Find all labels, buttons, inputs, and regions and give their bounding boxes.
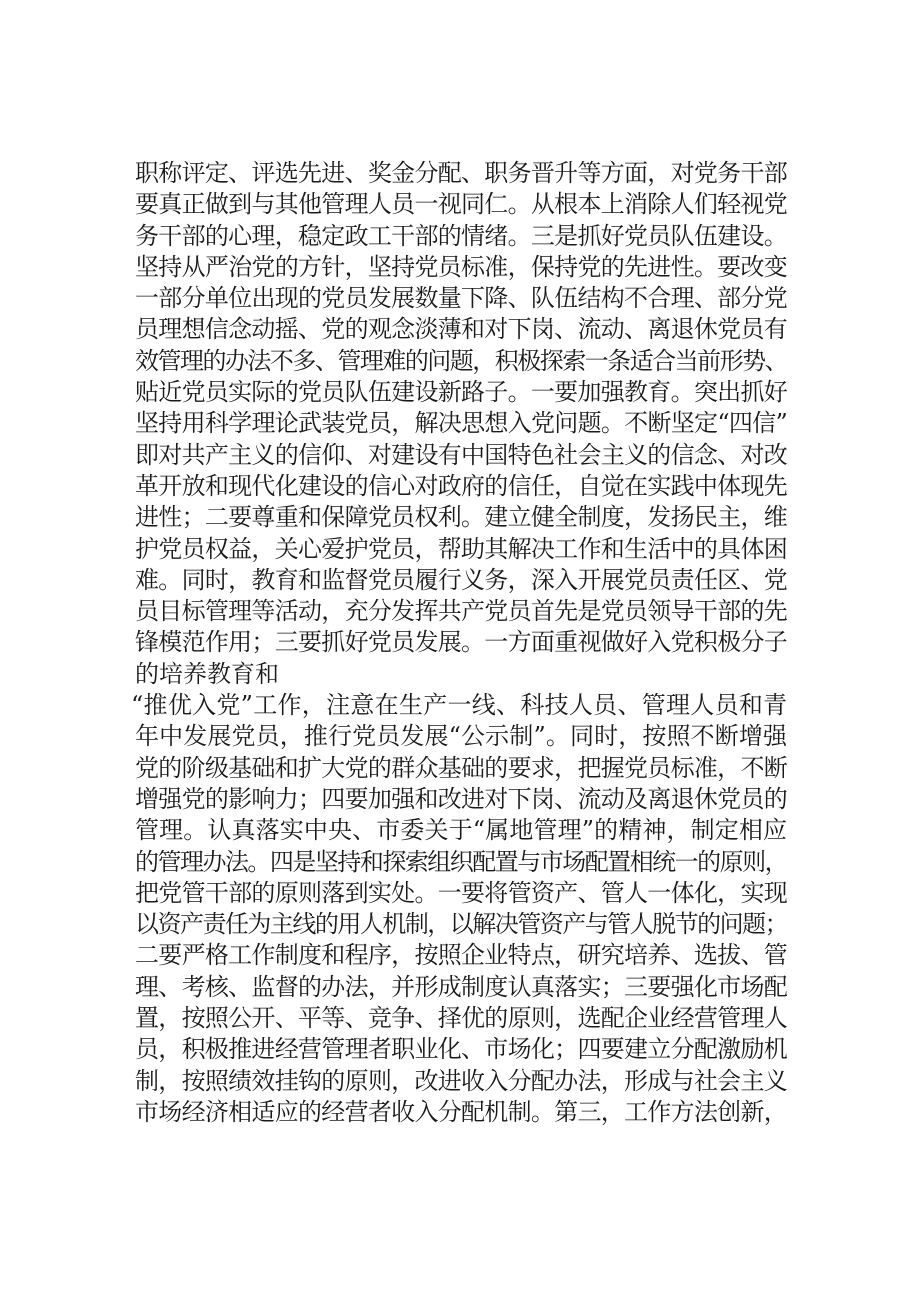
text-line: 坚持从严治党的方针，坚持党员标准，保持党的先进性。要改变: [135, 252, 787, 283]
text-line: 增强党的影响力；四要加强和改进对下岗、流动及离退休党员的: [135, 784, 787, 815]
text-line: 员理想信念动摇、党的观念淡薄和对下岗、流动、离退休党员有: [135, 314, 787, 345]
text-line: 管理。认真落实中央、市委关于“属地管理”的精神，制定相应: [135, 815, 787, 846]
body-paragraph: 职称评定、评选先进、奖金分配、职务晋升等方面，对党务干部 要真正做到与其他管理人…: [135, 158, 787, 1128]
text-line: 进性；二要尊重和保障党员权利。建立健全制度，发扬民主，维: [135, 502, 787, 533]
text-line: 护党员权益，关心爱护党员，帮助其解决工作和生活中的具体困: [135, 534, 787, 565]
text-line: 制，按照绩效挂钩的原则，改进收入分配办法，形成与社会主义: [135, 1066, 787, 1097]
text-line: 把党管干部的原则落到实处。一要将管资产、管人一体化，实现: [135, 878, 787, 909]
text-line: 理、考核、监督的办法，并形成制度认真落实；三要强化市场配: [135, 972, 787, 1003]
text-line: 效管理的办法不多、管理难的问题，积极探索一条适合当前形势、: [135, 346, 787, 377]
text-line: 置，按照公开、平等、竞争、择优的原则，选配企业经营管理人: [135, 1003, 787, 1034]
text-line: 市场经济相适应的经营者收入分配机制。第三，工作方法创新，: [135, 1097, 787, 1128]
text-line: 务干部的心理，稳定政工干部的情绪。三是抓好党员队伍建设。: [135, 221, 787, 252]
text-line: 二要严格工作制度和程序，按照企业特点，研究培养、选拔、管: [135, 940, 787, 971]
text-line: 锋模范作用；三要抓好党员发展。一方面重视做好入党积极分子: [135, 627, 787, 658]
text-line: 要真正做到与其他管理人员一视同仁。从根本上消除人们轻视党: [135, 189, 787, 220]
text-line: 党的阶级基础和扩大党的群众基础的要求，把握党员标准，不断: [135, 753, 787, 784]
text-line: 的培养教育和: [135, 659, 787, 690]
text-line: “推优入党”工作，注意在生产一线、科技人员、管理人员和青: [131, 690, 787, 721]
text-line: 革开放和现代化建设的信心对政府的信任，自觉在实践中体现先: [135, 471, 787, 502]
text-line: 一部分单位出现的党员发展数量下降、队伍结构不合理、部分党: [135, 283, 787, 314]
text-line: 员，积极推进经营管理者职业化、市场化；四要建立分配激励机: [135, 1034, 787, 1065]
text-line: 的管理办法。四是坚持和探索组织配置与市场配置相统一的原则，: [135, 847, 787, 878]
text-line: 年中发展党员，推行党员发展“公示制”。同时，按照不断增强: [135, 721, 787, 752]
text-line: 即对共产主义的信仰、对建设有中国特色社会主义的信念、对改: [135, 440, 787, 471]
text-line: 难。同时，教育和监督党员履行义务，深入开展党员责任区、党: [135, 565, 787, 596]
text-line: 坚持用科学理论武装党员，解决思想入党问题。不断坚定“四信”: [135, 408, 787, 439]
text-line: 以资产责任为主线的用人机制，以解决管资产与管人脱节的问题；: [135, 909, 787, 940]
text-line: 员目标管理等活动，充分发挥共产党员首先是党员领导干部的先: [135, 596, 787, 627]
document-page: 职称评定、评选先进、奖金分配、职务晋升等方面，对党务干部 要真正做到与其他管理人…: [135, 158, 787, 1128]
text-line: 贴近党员实际的党员队伍建设新路子。一要加强教育。突出抓好: [135, 377, 787, 408]
text-line: 职称评定、评选先进、奖金分配、职务晋升等方面，对党务干部: [135, 158, 787, 189]
